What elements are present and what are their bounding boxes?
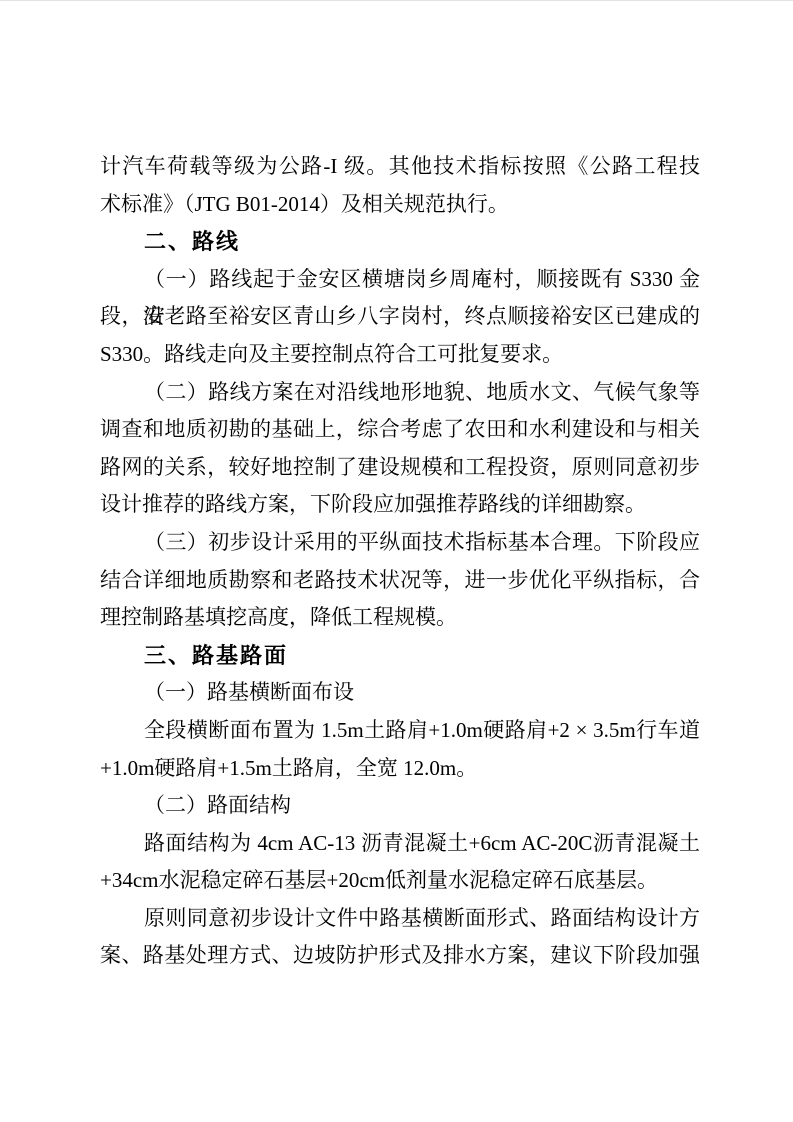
text-line: 调查和地质初勘的基础上，综合考虑了农田和水利建设和与相关 — [100, 411, 700, 449]
text-line: 术标准》（JTG B01-2014）及相关规范执行。 — [100, 186, 700, 224]
text-line: +1.0m硬路肩+1.5m土路肩，全宽 12.0m。 — [100, 750, 700, 788]
text-line: 原则同意初步设计文件中路基横断面形式、路面结构设计方 — [100, 900, 700, 938]
heading-line: 三、路基路面 — [100, 637, 700, 675]
text-line: 段，沿老路至裕安区青山乡八字岗村，终点顺接裕安区已建成的 — [100, 298, 700, 336]
text-line: +34cm水泥稳定碎石基层+20cm低剂量水泥稳定碎石底基层。 — [100, 862, 700, 900]
text-line: （一）路线起于金安区横塘岗乡周庵村，顺接既有 S330 金安 — [100, 261, 700, 299]
paragraph: （一）路线起于金安区横塘岗乡周庵村，顺接既有 S330 金安段，沿老路至裕安区青… — [100, 261, 700, 374]
text-line: （二）路线方案在对沿线地形地貌、地质水文、气候气象等 — [100, 374, 700, 412]
paragraph: 计汽车荷载等级为公路-I 级。其他技术指标按照《公路工程技术标准》（JTG B0… — [100, 148, 700, 223]
paragraph: （二）路线方案在对沿线地形地貌、地质水文、气候气象等调查和地质初勘的基础上，综合… — [100, 374, 700, 524]
text-line: 结合详细地质勘察和老路技术状况等，进一步优化平纵指标，合 — [100, 562, 700, 600]
section-heading: 三、路基路面 — [100, 637, 700, 675]
document-body: 计汽车荷载等级为公路-I 级。其他技术指标按照《公路工程技术标准》（JTG B0… — [100, 148, 700, 975]
paragraph: 原则同意初步设计文件中路基横断面形式、路面结构设计方案、路基处理方式、边坡防护形… — [100, 900, 700, 975]
text-line: （二）路面结构 — [100, 787, 700, 825]
text-line: （一）路基横断面布设 — [100, 674, 700, 712]
paragraph: （二）路面结构 — [100, 787, 700, 825]
text-line: 案、路基处理方式、边坡防护形式及排水方案，建议下阶段加强 — [100, 937, 700, 975]
text-line: （三）初步设计采用的平纵面技术指标基本合理。下阶段应 — [100, 524, 700, 562]
paragraph: 路面结构为 4cm AC-13 沥青混凝土+6cm AC-20C沥青混凝土+34… — [100, 825, 700, 900]
document-page: 计汽车荷载等级为公路-I 级。其他技术指标按照《公路工程技术标准》（JTG B0… — [0, 0, 793, 1122]
text-line: 全段横断面布置为 1.5m土路肩+1.0m硬路肩+2 × 3.5m行车道 — [100, 712, 700, 750]
paragraph: （三）初步设计采用的平纵面技术指标基本合理。下阶段应结合详细地质勘察和老路技术状… — [100, 524, 700, 637]
text-line: 计汽车荷载等级为公路-I 级。其他技术指标按照《公路工程技 — [100, 148, 700, 186]
paragraph: （一）路基横断面布设 — [100, 674, 700, 712]
heading-line: 二、路线 — [100, 223, 700, 261]
text-line: S330。路线走向及主要控制点符合工可批复要求。 — [100, 336, 700, 374]
text-line: 理控制路基填挖高度，降低工程规模。 — [100, 599, 700, 637]
section-heading: 二、路线 — [100, 223, 700, 261]
text-line: 路网的关系，较好地控制了建设规模和工程投资，原则同意初步 — [100, 449, 700, 487]
paragraph: 全段横断面布置为 1.5m土路肩+1.0m硬路肩+2 × 3.5m行车道+1.0… — [100, 712, 700, 787]
text-line: 设计推荐的路线方案，下阶段应加强推荐路线的详细勘察。 — [100, 486, 700, 524]
text-line: 路面结构为 4cm AC-13 沥青混凝土+6cm AC-20C沥青混凝土 — [100, 825, 700, 863]
